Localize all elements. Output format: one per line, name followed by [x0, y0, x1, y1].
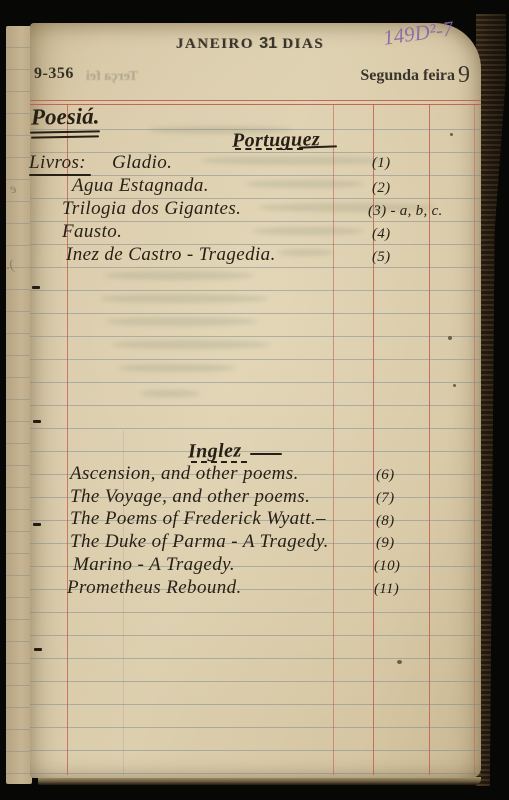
entry-number: (3) - a, b, c. [368, 204, 443, 219]
entry-number: (6) [376, 468, 394, 483]
book-entry: Trilogia dos Gigantes. [62, 199, 241, 218]
binding-stitch [33, 523, 41, 526]
book-entry: Marino - A Tragedy. [73, 555, 235, 574]
paper-speck [450, 133, 453, 136]
book-entry: Gladio. [112, 153, 172, 172]
paper-speck [448, 336, 452, 340]
entry-number: (10) [374, 559, 400, 574]
entry-number: (9) [376, 536, 394, 551]
binding-stitch [34, 648, 42, 651]
column-line [474, 104, 475, 775]
month-name: JANEIRO [176, 36, 254, 52]
underlying-page-edge: e ). [6, 26, 32, 784]
page-code: 9-356 [34, 65, 74, 83]
entry-number: (7) [376, 491, 394, 506]
entry-number: (1) [372, 156, 390, 171]
bleed-fragment: ). [6, 258, 14, 274]
subsection-heading-inglez: Inglez [188, 441, 242, 462]
book-entry: Prometheus Rebound. [67, 578, 242, 597]
dashed-underline [235, 148, 303, 150]
entry-number: (11) [374, 582, 399, 597]
days-count: 31 [259, 35, 277, 52]
header-rule [30, 100, 481, 101]
entry-number: (4) [372, 227, 390, 242]
page-bottom-edge [38, 777, 481, 785]
underline [250, 453, 282, 455]
bleed-through-weekday: Terça fei [78, 69, 138, 85]
entry-number: (2) [372, 181, 390, 196]
binding-stitch [32, 286, 40, 289]
weekday-name: Segunda feira [360, 67, 455, 84]
list-label: Livros: [29, 153, 86, 172]
day-number: 9 [458, 62, 470, 88]
book-entry: Ascension, and other poems. [70, 464, 299, 483]
book-entry: Agua Estagnada. [72, 176, 209, 195]
printed-month-header: JANEIRO 31 DIAS [155, 35, 345, 53]
book-entry: The Poems of Frederick Wyatt.– [70, 509, 326, 528]
book-entry: The Duke of Parma - A Tragedy. [70, 532, 329, 551]
section-title: Poesiá. [31, 104, 100, 128]
book-entry: The Voyage, and other poems. [70, 487, 310, 506]
printed-weekday: Segunda feira9 [330, 62, 470, 89]
binding-stitch [33, 420, 41, 423]
notebook-scan: e ). JANEIRO 31 DIAS 149D²-7 9-356 Terça… [0, 0, 509, 800]
entry-number: (8) [376, 514, 394, 529]
bleed-fragment: e [10, 182, 16, 198]
entry-number: (5) [372, 250, 390, 265]
paper-speck [397, 660, 402, 664]
paper-speck [453, 384, 456, 387]
book-entry: Inez de Castro - Tragedia. [66, 245, 276, 264]
days-word: DIAS [282, 36, 324, 52]
book-entry: Fausto. [62, 222, 122, 241]
